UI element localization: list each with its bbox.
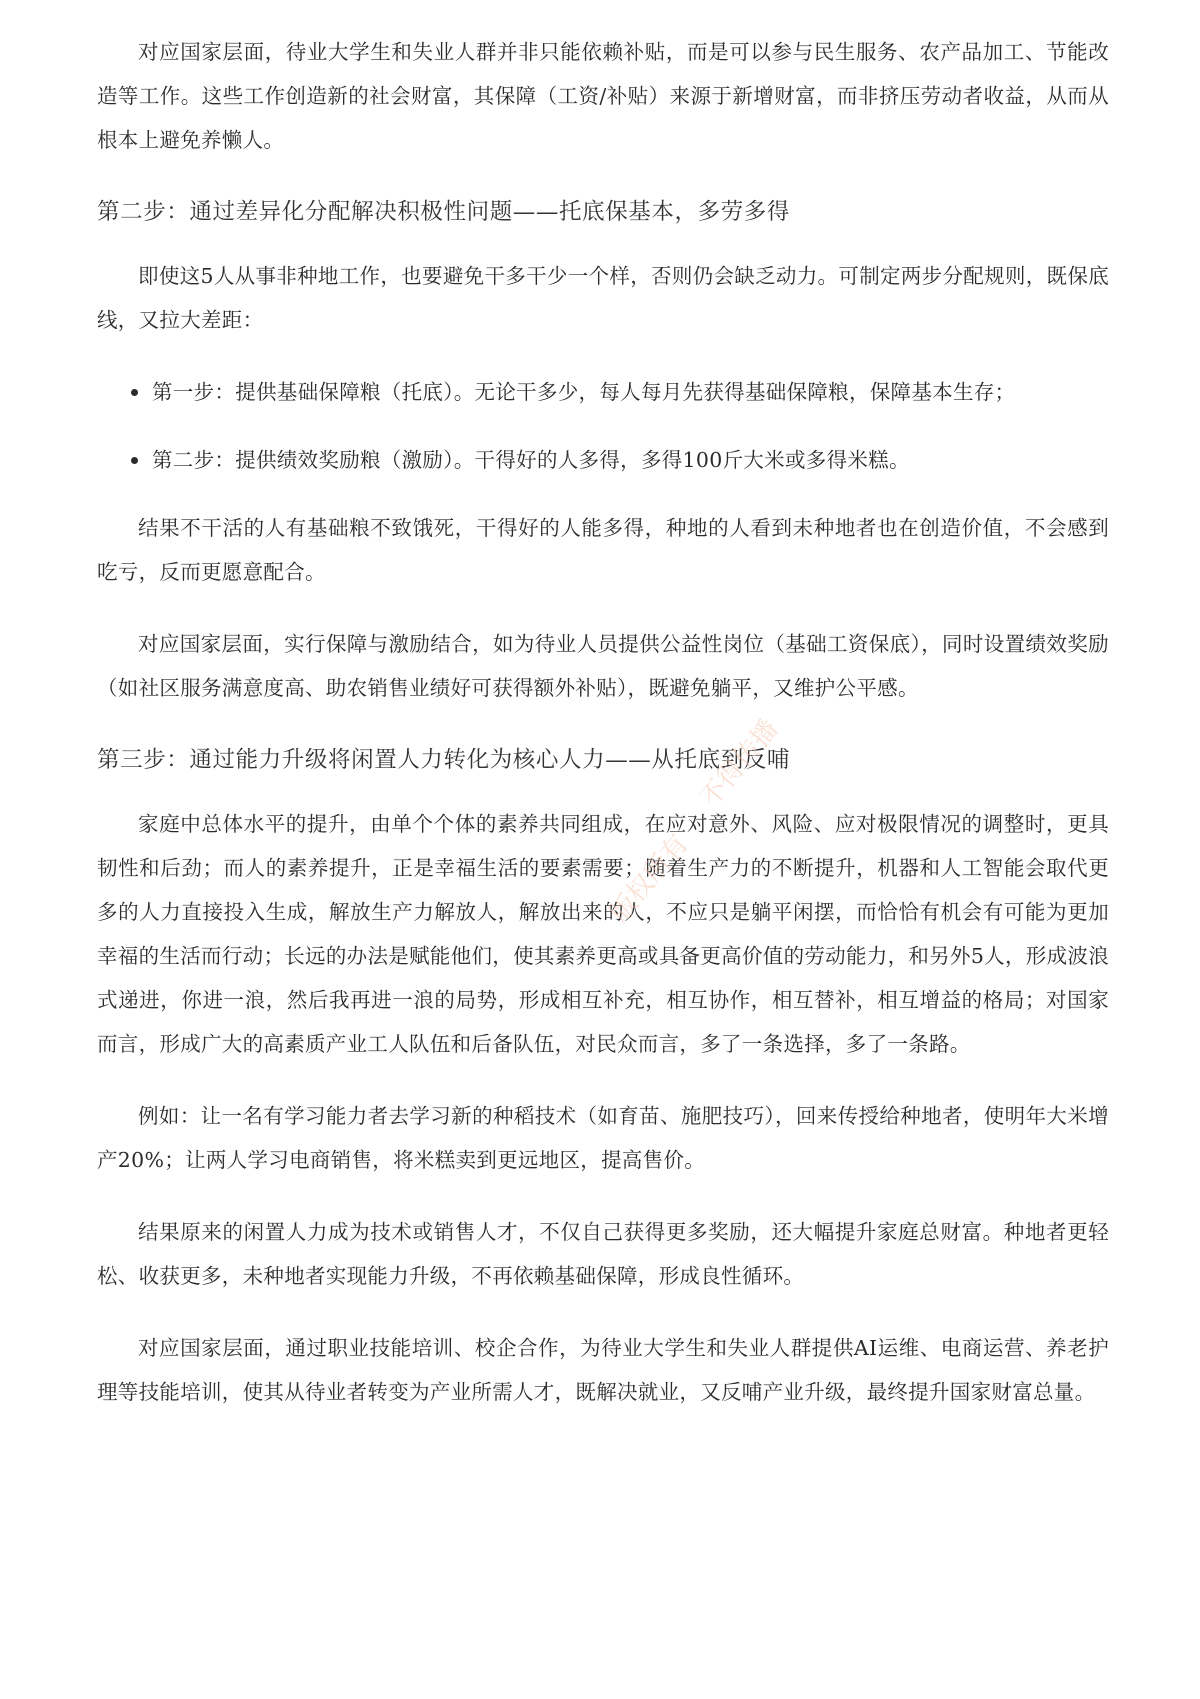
paragraph-national-incentive: 对应国家层面，实行保障与激励结合，如为待业人员提供公益性岗位（基础工资保底），同… [97, 622, 1109, 710]
list-item-performance-grain: 第二步：提供绩效奖励粮（激励）。干得好的人多得，多得100斤大米或多得米糕。 [97, 438, 1109, 482]
paragraph-result-fairness: 结果不干活的人有基础粮不致饿死，干得好的人能多得，种地的人看到未种地者也在创造价… [97, 506, 1109, 594]
document-page: 对应国家层面，待业大学生和失业人群并非只能依赖补贴，而是可以参与民生服务、农产品… [97, 30, 1109, 1442]
bullet-icon [131, 389, 138, 396]
bullet-icon [131, 457, 138, 464]
heading-step-two: 第二步：通过差异化分配解决积极性问题——托底保基本，多劳多得 [97, 190, 1109, 234]
list-item-text: 第一步：提供基础保障粮（托底）。无论干多少，每人每月先获得基础保障粮，保障基本生… [152, 380, 1015, 404]
list-item-text: 第二步：提供绩效奖励粮（激励）。干得好的人多得，多得100斤大米或多得米糕。 [152, 448, 910, 472]
heading-step-three: 第三步：通过能力升级将闲置人力转化为核心人力——从托底到反哺 [97, 738, 1109, 782]
paragraph-capability-upgrade: 家庭中总体水平的提升，由单个个体的素养共同组成，在应对意外、风险、应对极限情况的… [97, 802, 1109, 1066]
list-item-basic-grain: 第一步：提供基础保障粮（托底）。无论干多少，每人每月先获得基础保障粮，保障基本生… [97, 370, 1109, 414]
paragraph-national-level-work: 对应国家层面，待业大学生和失业人群并非只能依赖补贴，而是可以参与民生服务、农产品… [97, 30, 1109, 162]
paragraph-two-step-rules: 即使这5人从事非种地工作，也要避免干多干少一个样，否则仍会缺乏动力。可制定两步分… [97, 254, 1109, 342]
paragraph-national-training: 对应国家层面，通过职业技能培训、校企合作，为待业大学生和失业人群提供AI运维、电… [97, 1326, 1109, 1414]
paragraph-result-talent: 结果原来的闲置人力成为技术或销售人才，不仅自己获得更多奖励，还大幅提升家庭总财富… [97, 1210, 1109, 1298]
paragraph-example: 例如：让一名有学习能力者去学习新的种稻技术（如育苗、施肥技巧），回来传授给种地者… [97, 1094, 1109, 1182]
distribution-rules-list: 第一步：提供基础保障粮（托底）。无论干多少，每人每月先获得基础保障粮，保障基本生… [97, 370, 1109, 482]
